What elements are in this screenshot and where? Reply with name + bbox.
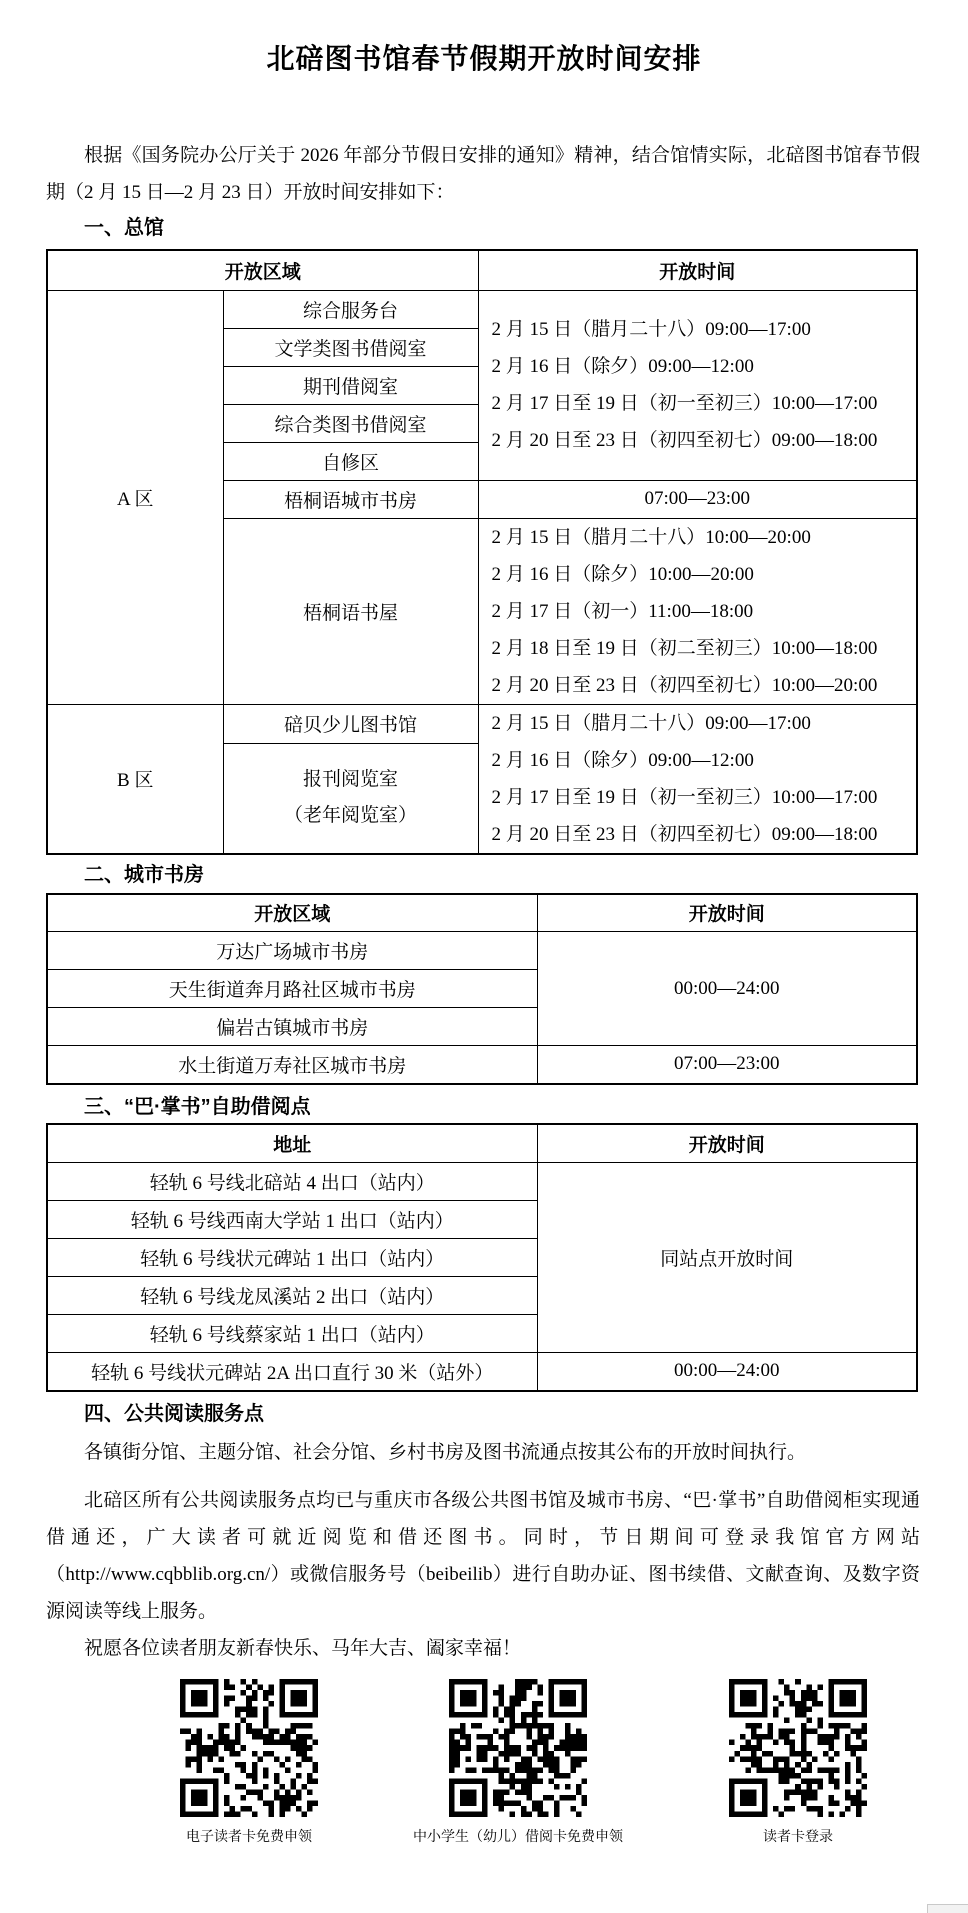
- column-header-area: 开放区域: [47, 250, 478, 290]
- column-header-time: 开放时间: [478, 250, 917, 290]
- self-service-table: 地址 开放时间 轻轨 6 号线北碚站 4 出口（站内） 同站点开放时间 轻轨 6…: [46, 1123, 918, 1392]
- address-cell: 轻轨 6 号线龙凤溪站 2 出口（站内）: [47, 1277, 537, 1315]
- room-cell: 梧桐语书屋: [223, 518, 478, 704]
- time-cell: 07:00—23:00: [478, 480, 917, 518]
- time-line: 2 月 16 日（除夕）10:00—20:00: [492, 556, 917, 593]
- zone-b-time-cell: 2 月 15 日（腊月二十八）09:00—17:00 2 月 16 日（除夕）0…: [478, 704, 917, 854]
- time-line: 2 月 18 日至 19 日（初二至初三）10:00—18:00: [492, 630, 917, 667]
- time-cell: 07:00—23:00: [537, 1046, 917, 1084]
- scrollbar-corner[interactable]: [927, 1904, 968, 1913]
- paragraph-greeting: 祝愿各位读者朋友新春快乐、马年大吉、阖家幸福！: [46, 1630, 920, 1667]
- time-line: 2 月 16 日（除夕）09:00—12:00: [492, 742, 917, 779]
- qr-column: 电子读者卡免费申领: [180, 1679, 318, 1847]
- column-header-time: 开放时间: [537, 1124, 917, 1163]
- time-cell: 00:00—24:00: [537, 1353, 917, 1391]
- table-header-row: 地址 开放时间: [47, 1124, 917, 1163]
- table-row: 万达广场城市书房 00:00—24:00: [47, 932, 917, 970]
- main-library-table: 开放区域 开放时间 A 区 综合服务台 2 月 15 日（腊月二十八）09:00…: [46, 249, 918, 855]
- time-cell: 00:00—24:00: [537, 932, 917, 1046]
- page-title: 北碚图书馆春节假期开放时间安排: [46, 40, 922, 80]
- time-line: 2 月 15 日（腊月二十八）09:00—17:00: [492, 705, 917, 742]
- time-line: 2 月 16 日（除夕）09:00—12:00: [492, 348, 917, 385]
- room-cell: 综合服务台: [223, 290, 478, 328]
- room-cell: 万达广场城市书房: [47, 932, 537, 970]
- qr-column: 中小学生（幼儿）借阅卡免费申领: [449, 1679, 587, 1847]
- paragraph-services: 北碚区所有公共阅读服务点均已与重庆市各级公共图书馆及城市书房、“巴·掌书”自助借…: [46, 1482, 920, 1630]
- address-cell: 轻轨 6 号线蔡家站 1 出口（站内）: [47, 1315, 537, 1353]
- city-study-table: 开放区域 开放时间 万达广场城市书房 00:00—24:00 天生街道奔月路社区…: [46, 893, 918, 1085]
- address-cell: 轻轨 6 号线西南大学站 1 出口（站内）: [47, 1201, 537, 1239]
- zone-b-label: B 区: [47, 704, 223, 854]
- time-line: 2 月 17 日（初一）11:00—18:00: [492, 593, 917, 630]
- book-house-time-cell: 2 月 15 日（腊月二十八）10:00—20:00 2 月 16 日（除夕）1…: [478, 518, 917, 704]
- qr-label: 中小学生（幼儿）借阅卡免费申领: [413, 1829, 623, 1847]
- section-heading-main-library: 一、总馆: [46, 217, 922, 239]
- room-cell: 文学类图书借阅室: [223, 328, 478, 366]
- qr-label: 读者卡登录: [763, 1829, 833, 1847]
- address-cell: 轻轨 6 号线北碚站 4 出口（站内）: [47, 1163, 537, 1201]
- qr-code-student-card: [449, 1679, 587, 1817]
- qr-label: 电子读者卡免费申领: [186, 1829, 312, 1847]
- section-heading-city-study: 二、城市书房: [46, 864, 922, 886]
- address-cell: 轻轨 6 号线状元碑站 2A 出口直行 30 米（站外）: [47, 1353, 537, 1391]
- time-line: 2 月 20 日至 23 日（初四至初七）09:00—18:00: [492, 422, 917, 459]
- qr-code-ereader-card: [180, 1679, 318, 1817]
- table-row: 水土街道万寿社区城市书房 07:00—23:00: [47, 1046, 917, 1084]
- section-heading-self-service: 三、“巴·掌书”自助借阅点: [46, 1096, 922, 1118]
- time-cell: 同站点开放时间: [537, 1163, 917, 1353]
- column-header-time: 开放时间: [537, 894, 917, 932]
- qr-column: 读者卡登录: [729, 1679, 867, 1847]
- room-cell: 梧桐语城市书房: [223, 480, 478, 518]
- table-header-row: 开放区域 开放时间: [47, 894, 917, 932]
- time-line: 2 月 17 日至 19 日（初一至初三）10:00—17:00: [492, 779, 917, 816]
- time-line: 2 月 20 日至 23 日（初四至初七）10:00—20:00: [492, 667, 917, 704]
- time-line: 2 月 20 日至 23 日（初四至初七）09:00—18:00: [492, 816, 917, 853]
- room-cell: 报刊阅览室 （老年阅览室）: [223, 743, 478, 853]
- column-header-area: 开放区域: [47, 894, 537, 932]
- room-cell: 偏岩古镇城市书房: [47, 1008, 537, 1046]
- table-row: 轻轨 6 号线北碚站 4 出口（站内） 同站点开放时间: [47, 1163, 917, 1201]
- table-row: B 区 碚贝少儿图书馆 2 月 15 日（腊月二十八）09:00—17:00 2…: [47, 704, 917, 743]
- table-header-row: 开放区域 开放时间: [47, 250, 917, 290]
- address-cell: 轻轨 6 号线状元碑站 1 出口（站内）: [47, 1239, 537, 1277]
- room-cell: 碚贝少儿图书馆: [223, 704, 478, 743]
- column-header-address: 地址: [47, 1124, 537, 1163]
- zone-a-label: A 区: [47, 290, 223, 704]
- room-cell: 综合类图书借阅室: [223, 404, 478, 442]
- qr-code-reader-login: [729, 1679, 867, 1817]
- notice-document: 北碚图书馆春节假期开放时间安排 根据《国务院办公厅关于 2026 年部分节假日安…: [0, 40, 968, 1847]
- paragraph-branches: 各镇街分馆、主题分馆、社会分馆、乡村书房及图书流通点按其公布的开放时间执行。: [46, 1434, 920, 1471]
- section-heading-public-reading: 四、公共阅读服务点: [46, 1403, 922, 1425]
- qr-code-row: 电子读者卡免费申领 中小学生（幼儿）借阅卡免费申领 读者卡登录: [46, 1679, 968, 1847]
- room-name-line: 报刊阅览室: [224, 762, 478, 798]
- time-line: 2 月 17 日至 19 日（初一至初三）10:00—17:00: [492, 385, 917, 422]
- room-cell: 期刊借阅室: [223, 366, 478, 404]
- room-cell: 天生街道奔月路社区城市书房: [47, 970, 537, 1008]
- time-line: 2 月 15 日（腊月二十八）10:00—20:00: [492, 519, 917, 556]
- room-cell: 自修区: [223, 442, 478, 480]
- table-row: 轻轨 6 号线状元碑站 2A 出口直行 30 米（站外） 00:00—24:00: [47, 1353, 917, 1391]
- room-cell: 水土街道万寿社区城市书房: [47, 1046, 537, 1084]
- table-row: A 区 综合服务台 2 月 15 日（腊月二十八）09:00—17:00 2 月…: [47, 290, 917, 328]
- time-line: 2 月 15 日（腊月二十八）09:00—17:00: [492, 311, 917, 348]
- room-name-line: （老年阅览室）: [224, 798, 478, 834]
- intro-paragraph: 根据《国务院办公厅关于 2026 年部分节假日安排的通知》精神，结合馆情实际，北…: [46, 137, 920, 211]
- zone-a-time-cell: 2 月 15 日（腊月二十八）09:00—17:00 2 月 16 日（除夕）0…: [478, 290, 917, 480]
